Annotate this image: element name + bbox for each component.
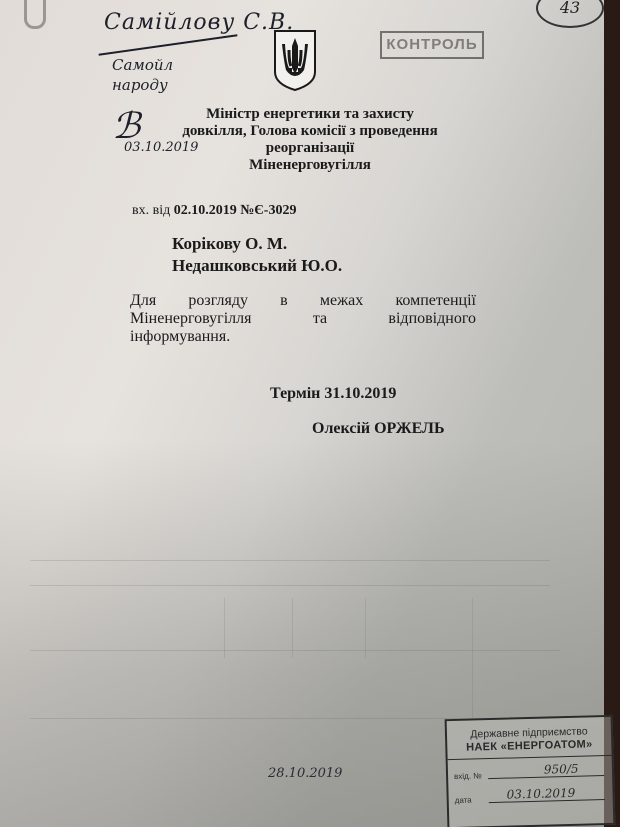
coat-of-arms-icon xyxy=(272,28,318,92)
stamp-date-value: 03.10.2019 xyxy=(506,786,575,802)
handwritten-bottom-date: 28.10.2019 xyxy=(268,766,342,781)
document-heading: Міністр енергетики та захисту довкілля, … xyxy=(170,106,450,174)
stamp-date-row: дата 03.10.2019 xyxy=(448,780,613,808)
registration-stamp: Державне підприємство НАЕК «ЕНЕРГОАТОМ» … xyxy=(445,715,616,827)
handwritten-note-line1: Самойл xyxy=(112,56,173,74)
stamp-incoming-label: вхід. № xyxy=(454,771,482,781)
recipients: Корікову О. М. Недашковський Ю.О. xyxy=(172,233,342,277)
heading-line: Міненерговугілля xyxy=(170,157,450,174)
heading-line: реорганізації xyxy=(170,140,450,157)
resolution-text: Для розгляду в межах компетенції Міненер… xyxy=(130,292,476,346)
recipient: Недашковський Ю.О. xyxy=(172,255,342,277)
incoming-reference: вх. від 02.10.2019 №Є-3029 xyxy=(132,203,296,219)
ghost-line xyxy=(224,598,225,658)
incoming-prefix: вх. від xyxy=(132,203,170,218)
handwritten-addressee: Самійлову С.В. xyxy=(104,10,294,35)
ghost-line xyxy=(30,560,550,561)
stamp-org: Державне підприємство НАЕК «ЕНЕРГОАТОМ» xyxy=(447,725,612,755)
handwritten-note-line2: народу xyxy=(112,76,168,94)
stamp-date-label: дата xyxy=(455,796,472,805)
ghost-line xyxy=(365,598,366,658)
incoming-ref: 02.10.2019 №Є-3029 xyxy=(174,203,297,218)
document-page: Самійлову С.В. Самойл народу ℬ 03.10.201… xyxy=(0,0,604,827)
deadline: Термін 31.10.2019 xyxy=(270,385,396,403)
heading-line: довкілля, Голова комісії з проведення xyxy=(170,123,450,140)
resolution-line: Міненерговугілля та відповідного xyxy=(130,310,476,328)
ghost-line xyxy=(292,598,293,658)
control-stamp: КОНТРОЛЬ xyxy=(380,31,484,59)
heading-line: Міністр енергетики та захисту xyxy=(170,106,450,123)
resolution-line: Для розгляду в межах компетенції xyxy=(130,292,476,310)
recipient: Корікову О. М. xyxy=(172,233,342,255)
resolution-line: інформування. xyxy=(130,328,230,345)
paper-clip-icon xyxy=(24,0,46,29)
ghost-line xyxy=(30,650,560,651)
handwritten-underline xyxy=(99,34,238,55)
ghost-line xyxy=(30,585,550,586)
page-number: 43 xyxy=(536,0,604,28)
signer-name: Олексій ОРЖЕЛЬ xyxy=(312,420,445,438)
ghost-line xyxy=(472,598,473,718)
stamp-incoming-value: 950/5 xyxy=(544,762,579,777)
